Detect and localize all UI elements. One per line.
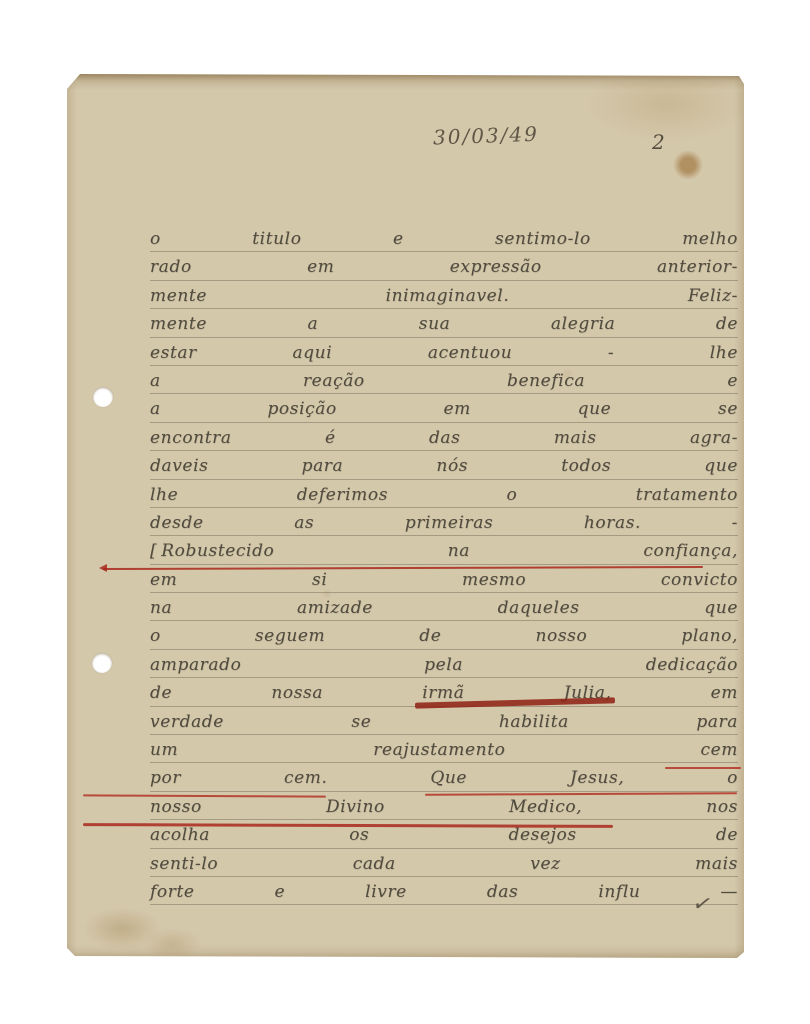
scanned-document-view: 30/03/49 2 o titulo e sentimo-lo melhora…: [0, 0, 810, 1024]
red-underline-arrow-tip: [95, 564, 107, 572]
manuscript-text: o titulo e sentimo-lo melhorado em expre…: [150, 224, 738, 905]
manuscript-page: 30/03/49 2 o titulo e sentimo-lo melhora…: [67, 74, 744, 958]
manuscript-line: mente inimaginavel. Feliz-: [150, 281, 738, 309]
manuscript-line: rado em expressão anterior-: [150, 252, 738, 280]
manuscript-line: o seguem de nosso plano,: [150, 621, 738, 649]
manuscript-line: desde as primeiras horas. -: [150, 508, 738, 536]
manuscript-line: a reação benefica e: [150, 366, 738, 394]
manuscript-line: amparado pela dedicação: [150, 650, 738, 678]
manuscript-line: senti-lo cada vez mais: [150, 849, 738, 877]
manuscript-line: encontra é das mais agra-: [150, 423, 738, 451]
manuscript-line: por cem. Que Jesus, o: [150, 763, 738, 791]
manuscript-line: lhe deferimos o tratamento: [150, 480, 738, 508]
punch-hole-top: [93, 387, 113, 407]
manuscript-line: daveis para nós todos que: [150, 451, 738, 479]
manuscript-line: verdade se habilita para: [150, 707, 738, 735]
manuscript-line: forte e livre das influ —: [150, 877, 738, 905]
page-number: 2: [652, 130, 665, 154]
punch-hole-bottom: [92, 653, 112, 673]
red-underline: [665, 767, 741, 769]
manuscript-line: a posição em que se: [150, 394, 738, 422]
manuscript-line: [ Robustecido na confiança,: [150, 536, 738, 564]
manuscript-line: estar aqui acentuou - lhe: [150, 338, 738, 366]
manuscript-line: mente a sua alegria de: [150, 309, 738, 337]
manuscript-line: um reajustamento cem: [150, 735, 738, 763]
date-annotation: 30/03/49: [433, 120, 574, 151]
manuscript-line: na amizade daqueles que: [150, 593, 738, 621]
manuscript-line: o titulo e sentimo-lo melho: [150, 224, 738, 252]
